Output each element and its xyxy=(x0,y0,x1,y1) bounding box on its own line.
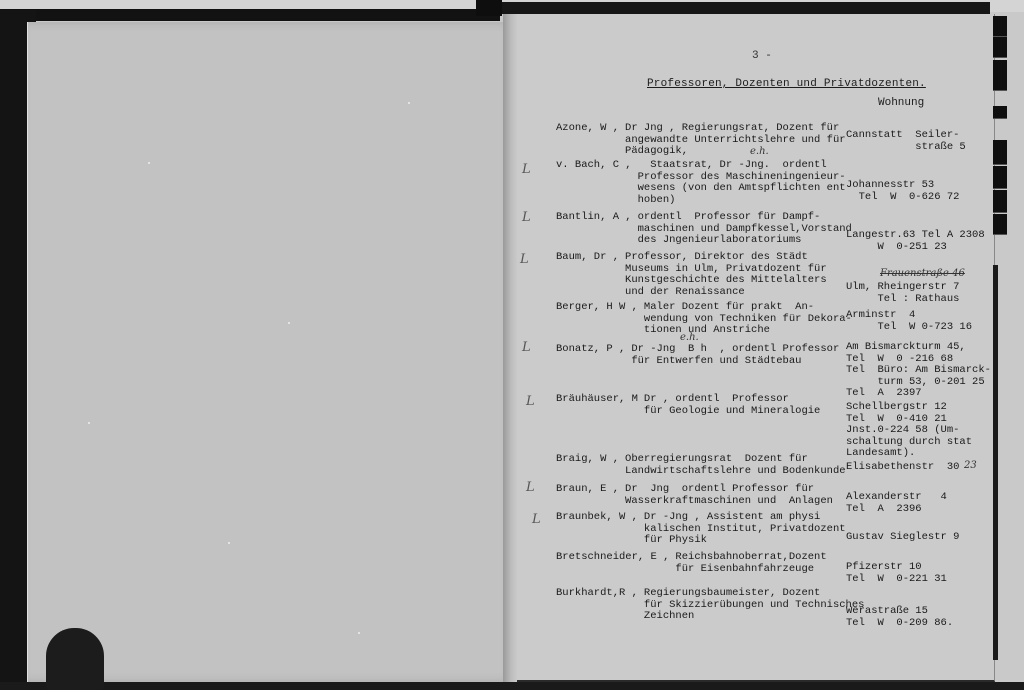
person-description: Regierungsbaumeister, Dozent für Skizzie… xyxy=(644,588,865,623)
list-item: Bräuhäuser, M Dr , ordentl Professor für… xyxy=(556,394,569,429)
person-address: Am Bismarckturm 45, Tel W 0 -216 68 Tel … xyxy=(846,342,991,400)
person-name: Braunbek, W , xyxy=(556,512,638,524)
person-description: Dr Jng , Regierungsrat, Dozent für angew… xyxy=(625,123,846,158)
list-item: Azone, W , Dr Jng , Regierungsrat, Dozen… xyxy=(556,123,569,158)
list-item: Bantlin, A , ordentl Professor für Dampf… xyxy=(556,212,569,247)
person-name: Bretschneider, E , xyxy=(556,552,669,564)
address-column-header: Wohnung xyxy=(878,97,924,109)
index-tab[interactable] xyxy=(993,106,1007,119)
list-item: Braunbek, W , Dr -Jng , Assistent am phy… xyxy=(556,512,569,547)
person-description: Professor, Direktor des Städt Museums in… xyxy=(625,252,827,298)
person-address: Alexanderstr 4 Tel A 2396 xyxy=(846,492,947,515)
person-description: Staatsrat, Dr -Jng. ordentl Professor de… xyxy=(638,160,846,206)
person-name: Bantlin, A , xyxy=(556,212,632,224)
person-name: v. Bach, C , xyxy=(556,160,632,172)
page-title: Professoren, Dozenten und Privatdozenten… xyxy=(647,78,926,90)
list-item: Berger, H W , Maler Dozent für prakt An-… xyxy=(556,302,569,337)
book-edge-right xyxy=(993,265,998,660)
person-address: Ulm, Rheingerstr 7 Tel : Rathaus xyxy=(846,282,959,305)
person-address: Johannesstr 53 Tel W 0-626 72 xyxy=(846,180,959,203)
person-description: Oberregierungsrat Dozent für Landwirtsch… xyxy=(625,454,846,477)
person-name: Bräuhäuser, M xyxy=(556,394,638,406)
index-tab[interactable] xyxy=(993,37,1007,58)
handwritten-annotation: e.h. xyxy=(750,146,769,157)
person-description: Dr , ordentl Professor für Geologie und … xyxy=(644,394,820,417)
checkmark-icon: L xyxy=(532,512,541,527)
person-name: Burkhardt,R , xyxy=(556,588,638,600)
person-description: ordentl Professor für Dampf- maschinen u… xyxy=(638,212,852,247)
person-address: Langestr.63 Tel A 2308 W 0-251 23 xyxy=(846,230,985,253)
person-description: Dr -Jng B h , ordentl Professor für Entw… xyxy=(631,344,839,367)
page-gutter xyxy=(503,14,517,684)
list-item: Burkhardt,R , Regierungsbaumeister, Doze… xyxy=(556,588,569,623)
checkmark-icon: L xyxy=(526,480,535,495)
checkmark-icon: L xyxy=(526,394,535,409)
index-tab[interactable] xyxy=(993,190,1007,213)
index-tab[interactable] xyxy=(993,60,1007,91)
index-tab[interactable] xyxy=(993,214,1007,235)
list-item: Bonatz, P , Dr -Jng B h , ordentl Profes… xyxy=(556,344,569,379)
list-item: Baum, Dr , Professor, Direktor des Städt… xyxy=(556,252,569,287)
book-edge-top-right xyxy=(480,2,990,14)
left-page-blank xyxy=(27,22,516,682)
person-name: Braun, E , xyxy=(556,484,619,496)
list-item: Bretschneider, E , Reichsbahnoberrat,Doz… xyxy=(556,552,569,587)
person-address: Elisabethenstr 30 xyxy=(846,462,959,474)
checkmark-icon: L xyxy=(522,162,531,177)
person-address: Gustav Sieglestr 9 xyxy=(846,532,959,544)
checkmark-icon: L xyxy=(520,252,529,267)
person-description: Dr -Jng , Assistent am physi kalischen I… xyxy=(644,512,846,547)
thumb-holding-page xyxy=(46,628,104,690)
person-description: Maler Dozent für prakt An- wendung von T… xyxy=(644,302,852,337)
list-item: v. Bach, C , Staatsrat, Dr -Jng. ordentl… xyxy=(556,160,569,195)
person-address: Arminstr 4 Tel W 0-723 16 xyxy=(846,310,972,333)
person-name: Baum, Dr , xyxy=(556,252,619,264)
handwritten-annotation: e.h. xyxy=(680,332,699,343)
index-tab[interactable] xyxy=(993,16,1007,37)
person-description: Dr Jng ordentl Professor für Wasserkraft… xyxy=(625,484,833,507)
person-description: Reichsbahnoberrat,Dozent für Eisenbahnfa… xyxy=(675,552,826,575)
person-address: Pfizerstr 10 Tel W 0-221 31 xyxy=(846,562,947,585)
person-address: Schellbergstr 12 Tel W 0-410 21 Jnst.0-2… xyxy=(846,402,972,460)
person-name: Berger, H W , xyxy=(556,302,638,314)
person-name: Braig, W , xyxy=(556,454,619,466)
person-address: Werastraße 15 Tel W 0-209 86. xyxy=(846,606,953,629)
person-address: Cannstatt Seiler- straße 5 xyxy=(846,130,966,153)
book-edge-top-left xyxy=(0,9,500,21)
index-tab[interactable] xyxy=(993,166,1007,189)
checkmark-icon: L xyxy=(522,340,531,355)
person-name: Azone, W , xyxy=(556,123,619,135)
handwritten-annotation: Frauenstraße 46 xyxy=(880,268,965,279)
book-spine xyxy=(476,0,502,16)
person-name: Bonatz, P , xyxy=(556,344,625,356)
handwritten-annotation: 23 xyxy=(964,460,977,471)
index-tab[interactable] xyxy=(993,140,1007,165)
page-number: 3 - xyxy=(752,50,772,62)
checkmark-icon: L xyxy=(522,210,531,225)
book-edge-bottom xyxy=(0,682,1024,690)
